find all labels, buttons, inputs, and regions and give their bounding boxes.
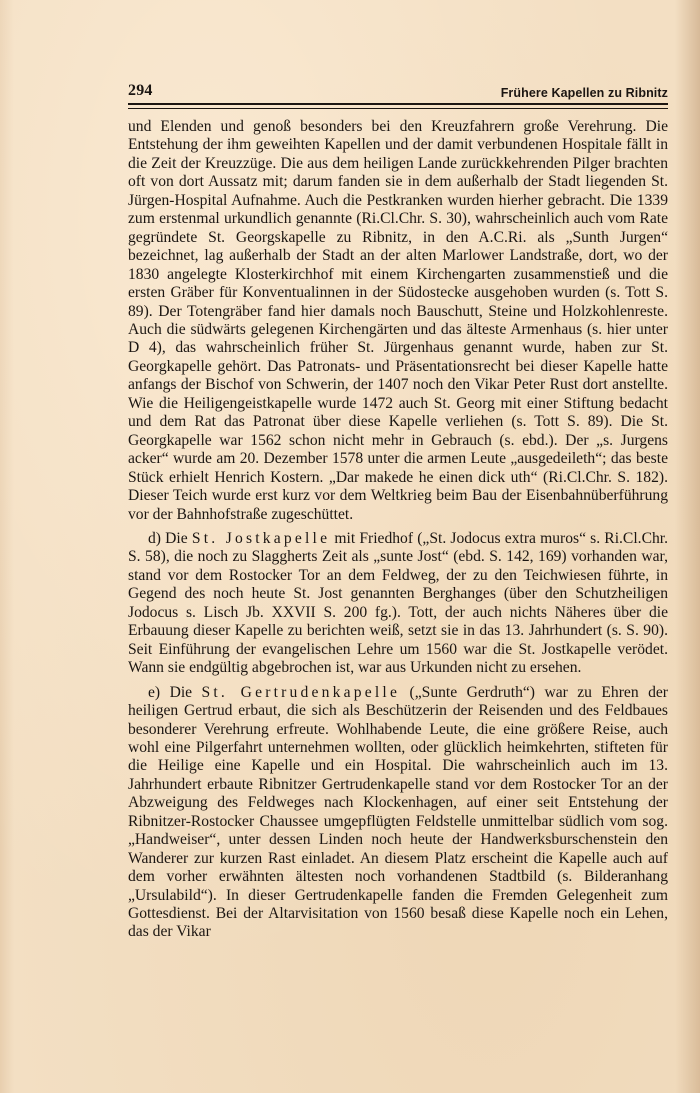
paragraph-lead: Die: [165, 530, 192, 547]
chapel-name-spaced: St. Jostkapelle: [192, 530, 330, 547]
chapel-name-spaced: St. Gertrudenkapelle: [202, 684, 401, 701]
running-header: 294 Frühere Kapellen zu Ribnitz: [128, 78, 668, 105]
paragraph-text: („Sunte Gerdruth“) war zu Ehren der heil…: [128, 684, 668, 941]
page-number: 294: [128, 82, 153, 100]
paragraph-text: mit Friedhof („St. Jodocus extra muros“ …: [128, 530, 668, 676]
paragraph-lead: Die: [170, 684, 202, 701]
body-text: und Elenden und genoß besonders bei den …: [128, 118, 668, 942]
book-page: 294 Frühere Kapellen zu Ribnitz und Elen…: [128, 78, 668, 942]
section-label: d): [148, 530, 161, 547]
section-label: e): [148, 684, 160, 701]
paragraph-st-georg: und Elenden und genoß besonders bei den …: [128, 118, 668, 524]
running-title: Frühere Kapellen zu Ribnitz: [501, 86, 668, 100]
paragraph-st-jostkapelle: d) Die St. Jostkapelle mit Friedhof („St…: [128, 530, 668, 678]
paragraph-text: und Elenden und genoß besonders bei den …: [128, 118, 668, 523]
paragraph-st-gertrudenkapelle: e) Die St. Gertrudenkapelle („Sunte Gerd…: [128, 684, 668, 942]
